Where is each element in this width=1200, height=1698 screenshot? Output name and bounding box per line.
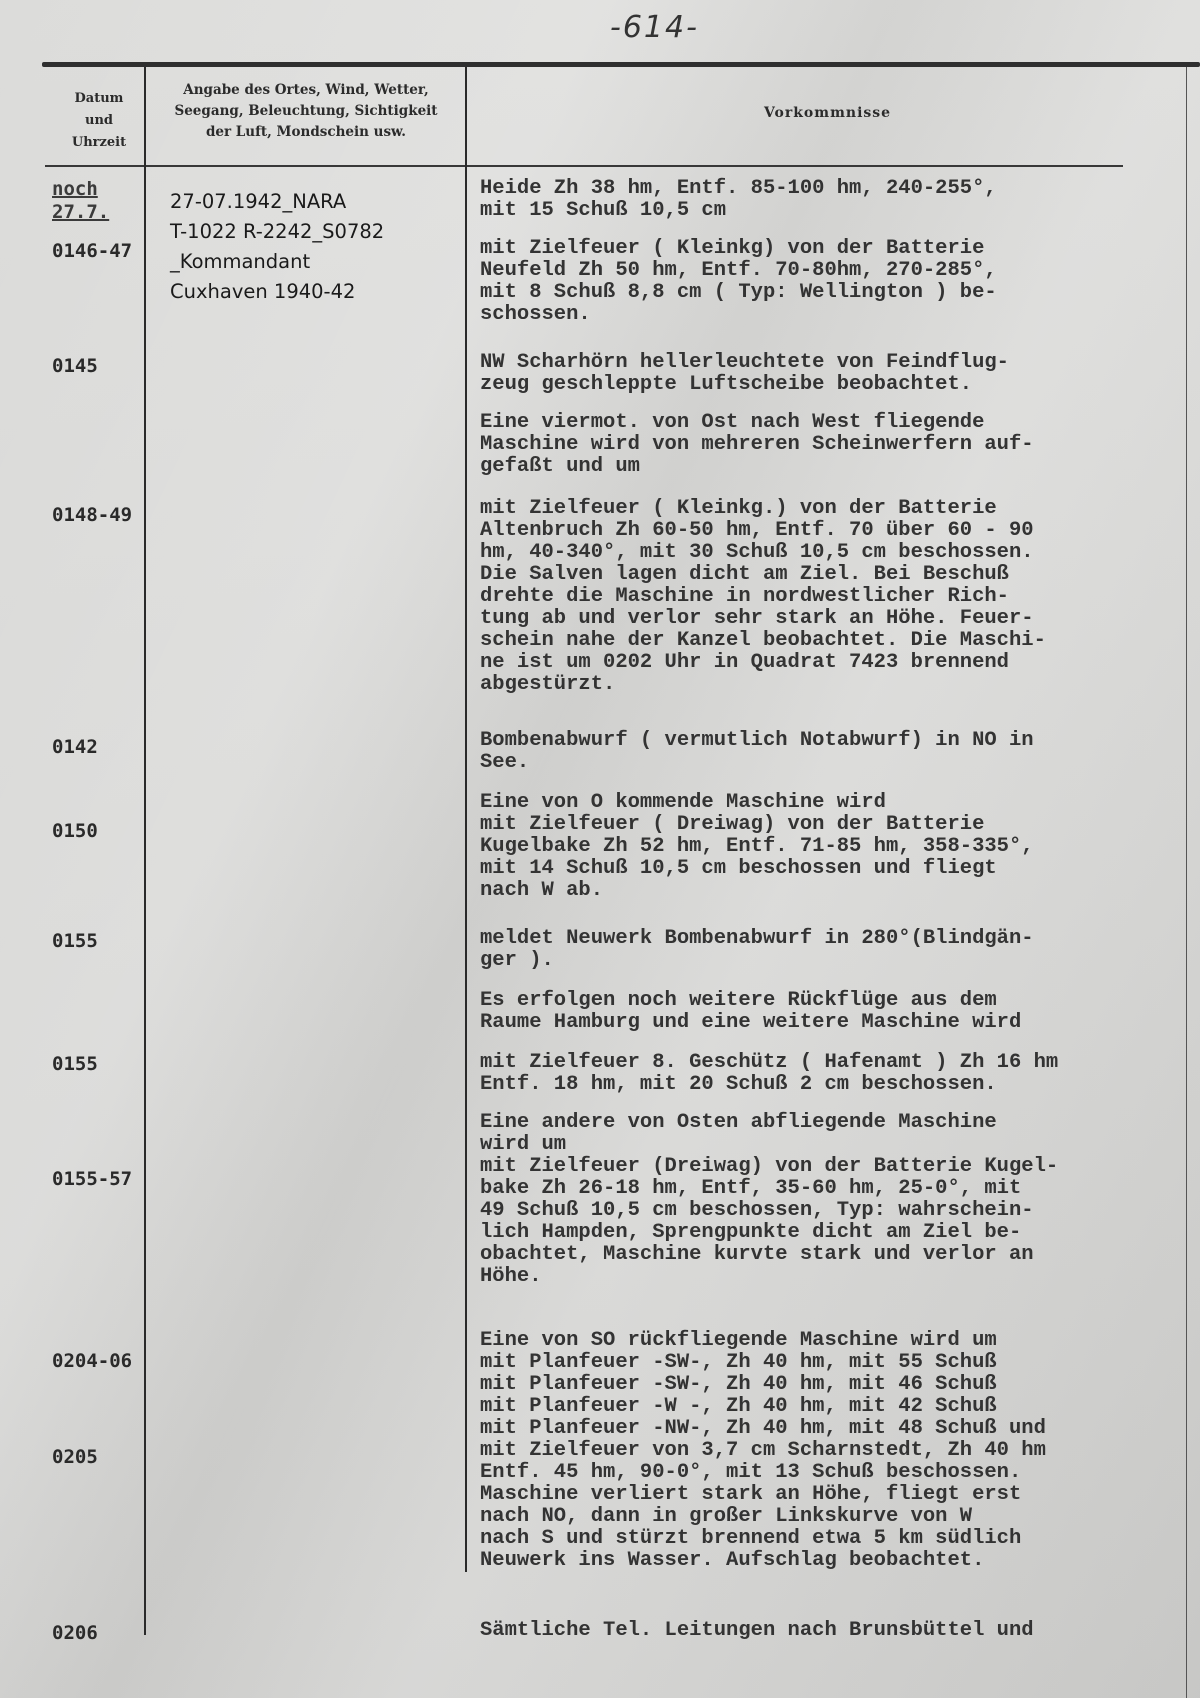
date-noch: noch <box>52 178 98 200</box>
event-line: Heide Zh 38 hm, Entf. 85-100 hm, 240-255… <box>480 178 1180 200</box>
event-line: Es erfolgen noch weitere Rückflüge aus d… <box>480 990 1180 1012</box>
header-date-line: Datum <box>55 88 143 110</box>
event-line: mit Planfeuer -SW-, Zh 40 hm, mit 55 Sch… <box>480 1352 1180 1374</box>
header-place-line: der Luft, Mondschein usw. <box>150 122 462 143</box>
event-line: mit Zielfeuer (Dreiwag) von der Batterie… <box>480 1156 1180 1178</box>
event-entry: Heide Zh 38 hm, Entf. 85-100 hm, 240-255… <box>480 178 1180 222</box>
event-line: Entf. 45 hm, 90-0°, mit 13 Schuß beschos… <box>480 1462 1180 1484</box>
header-place-line: Seegang, Beleuchtung, Sichtigkeit <box>150 101 462 122</box>
page-edge-line <box>1186 67 1187 1698</box>
event-line: See. <box>480 752 1180 774</box>
event-line: Eine von O kommende Maschine wird <box>480 792 1180 814</box>
event-line: Kugelbake Zh 52 hm, Entf. 71-85 hm, 358-… <box>480 836 1180 858</box>
time-entry: 0206 <box>52 1622 98 1644</box>
event-line: mit Zielfeuer ( Kleinkg.) von der Batter… <box>480 498 1180 520</box>
event-line: mit Zielfeuer ( Dreiwag) von der Batteri… <box>480 814 1180 836</box>
archive-stamp: 27-07.1942_NARA T-1022 R-2242_S0782 _Kom… <box>170 187 384 307</box>
header-place-column: Angabe des Ortes, Wind, Wetter, Seegang,… <box>150 80 462 143</box>
event-line: mit 15 Schuß 10,5 cm <box>480 200 1180 222</box>
event-line: mit Planfeuer -W -, Zh 40 hm, mit 42 Sch… <box>480 1396 1180 1418</box>
time-entry: 0155 <box>52 1053 98 1075</box>
event-line: ger ). <box>480 950 1180 972</box>
time-entry: 0205 <box>52 1446 98 1468</box>
event-line: lich Hampden, Sprengpunkte dicht am Ziel… <box>480 1222 1180 1244</box>
event-line: nach S und stürzt brennend etwa 5 km süd… <box>480 1528 1180 1550</box>
event-line: schein nahe der Kanzel beobachtet. Die M… <box>480 630 1180 652</box>
event-line: Neuwerk ins Wasser. Aufschlag beobachtet… <box>480 1550 1180 1572</box>
header-date-line: Uhrzeit <box>55 132 143 154</box>
event-line: Neufeld Zh 50 hm, Entf. 70-80hm, 270-285… <box>480 260 1180 282</box>
event-line: Maschine verliert stark an Höhe, fliegt … <box>480 1484 1180 1506</box>
archive-stamp-line: _Kommandant <box>170 247 384 277</box>
time-entry: 0146-47 <box>52 240 132 262</box>
event-line: mit 14 Schuß 10,5 cm beschossen und flie… <box>480 858 1180 880</box>
event-line: Eine viermot. von Ost nach West fliegend… <box>480 412 1180 434</box>
event-line: meldet Neuwerk Bombenabwurf in 280°(Blin… <box>480 928 1180 950</box>
event-line: gefaßt und um <box>480 456 1180 478</box>
event-line: obachtet, Maschine kurvte stark und verl… <box>480 1244 1180 1266</box>
event-line: Die Salven lagen dicht am Ziel. Bei Besc… <box>480 564 1180 586</box>
event-entry: mit Zielfeuer ( Kleinkg) von der Batteri… <box>480 238 1180 326</box>
event-line: Sämtliche Tel. Leitungen nach Brunsbütte… <box>480 1620 1180 1642</box>
event-line: zeug geschleppte Luftscheibe beobachtet. <box>480 374 1180 396</box>
event-line: mit 8 Schuß 8,8 cm ( Typ: Wellington ) b… <box>480 282 1180 304</box>
column-divider-date <box>144 67 146 1635</box>
header-place-line: Angabe des Ortes, Wind, Wetter, <box>150 80 462 101</box>
top-rule <box>42 62 1200 67</box>
event-line: hm, 40-340°, mit 30 Schuß 10,5 cm bescho… <box>480 542 1180 564</box>
event-line: Eine von SO rückfliegende Maschine wird … <box>480 1330 1180 1352</box>
time-entry: 0142 <box>52 736 98 758</box>
event-line: bake Zh 26-18 hm, Entf, 35-60 hm, 25-0°,… <box>480 1178 1180 1200</box>
date-day: 27.7. <box>52 201 109 223</box>
event-entry: meldet Neuwerk Bombenabwurf in 280°(Blin… <box>480 928 1180 972</box>
event-line: nach NO, dann in großer Linkskurve von W <box>480 1506 1180 1528</box>
time-entry: 0150 <box>52 820 98 842</box>
event-entry: Es erfolgen noch weitere Rückflüge aus d… <box>480 990 1180 1034</box>
event-line: drehte die Maschine in nordwestlicher Ri… <box>480 586 1180 608</box>
event-line: ne ist um 0202 Uhr in Quadrat 7423 brenn… <box>480 652 1180 674</box>
page-number: -614- <box>610 10 699 45</box>
event-line: NW Scharhörn hellerleuchtete von Feindfl… <box>480 352 1180 374</box>
event-line: mit Zielfeuer von 3,7 cm Scharnstedt, Zh… <box>480 1440 1180 1462</box>
header-date-column: Datum und Uhrzeit <box>55 88 143 154</box>
event-entry: Eine viermot. von Ost nach West fliegend… <box>480 412 1180 478</box>
header-events-column: Vorkommnisse <box>470 105 1185 121</box>
event-line: tung ab und verlor sehr stark an Höhe. F… <box>480 608 1180 630</box>
event-entry: Eine von SO rückfliegende Maschine wird … <box>480 1330 1180 1572</box>
time-entry: 0155-57 <box>52 1168 132 1190</box>
event-line: Altenbruch Zh 60-50 hm, Entf. 70 über 60… <box>480 520 1180 542</box>
event-entry: Eine von O kommende Maschine wirdmit Zie… <box>480 792 1180 902</box>
event-entry: Bombenabwurf ( vermutlich Notabwurf) in … <box>480 730 1180 774</box>
event-line: Höhe. <box>480 1266 1180 1288</box>
event-line: mit Zielfeuer ( Kleinkg) von der Batteri… <box>480 238 1180 260</box>
event-line: schossen. <box>480 304 1180 326</box>
event-entry: mit Zielfeuer ( Kleinkg.) von der Batter… <box>480 498 1180 696</box>
event-line: mit Planfeuer -NW-, Zh 40 hm, mit 48 Sch… <box>480 1418 1180 1440</box>
header-rule <box>45 165 1123 167</box>
event-entry: Sämtliche Tel. Leitungen nach Brunsbütte… <box>480 1620 1180 1642</box>
event-line: wird um <box>480 1134 1180 1156</box>
time-entry: 0145 <box>52 355 98 377</box>
event-entry: mit Zielfeuer 8. Geschütz ( Hafenamt ) Z… <box>480 1052 1180 1096</box>
event-line: Maschine wird von mehreren Scheinwerfern… <box>480 434 1180 456</box>
event-line: Raume Hamburg und eine weitere Maschine … <box>480 1012 1180 1034</box>
time-entry: 0204-06 <box>52 1350 132 1372</box>
archive-stamp-line: Cuxhaven 1940-42 <box>170 277 384 307</box>
event-line: Entf. 18 hm, mit 20 Schuß 2 cm beschosse… <box>480 1074 1180 1096</box>
event-line: mit Zielfeuer 8. Geschütz ( Hafenamt ) Z… <box>480 1052 1180 1074</box>
event-line: Bombenabwurf ( vermutlich Notabwurf) in … <box>480 730 1180 752</box>
header-date-line: und <box>55 110 143 132</box>
event-line: abgestürzt. <box>480 674 1180 696</box>
column-divider-place <box>465 67 467 1572</box>
time-entry: 0155 <box>52 930 98 952</box>
event-entry: NW Scharhörn hellerleuchtete von Feindfl… <box>480 352 1180 396</box>
event-line: mit Planfeuer -SW-, Zh 40 hm, mit 46 Sch… <box>480 1374 1180 1396</box>
event-line: nach W ab. <box>480 880 1180 902</box>
archive-stamp-line: 27-07.1942_NARA <box>170 187 384 217</box>
event-line: Eine andere von Osten abfliegende Maschi… <box>480 1112 1180 1134</box>
archive-stamp-line: T-1022 R-2242_S0782 <box>170 217 384 247</box>
time-entry: 0148-49 <box>52 504 132 526</box>
event-line: 49 Schuß 10,5 cm beschossen, Typ: wahrsc… <box>480 1200 1180 1222</box>
event-entry: Eine andere von Osten abfliegende Maschi… <box>480 1112 1180 1288</box>
